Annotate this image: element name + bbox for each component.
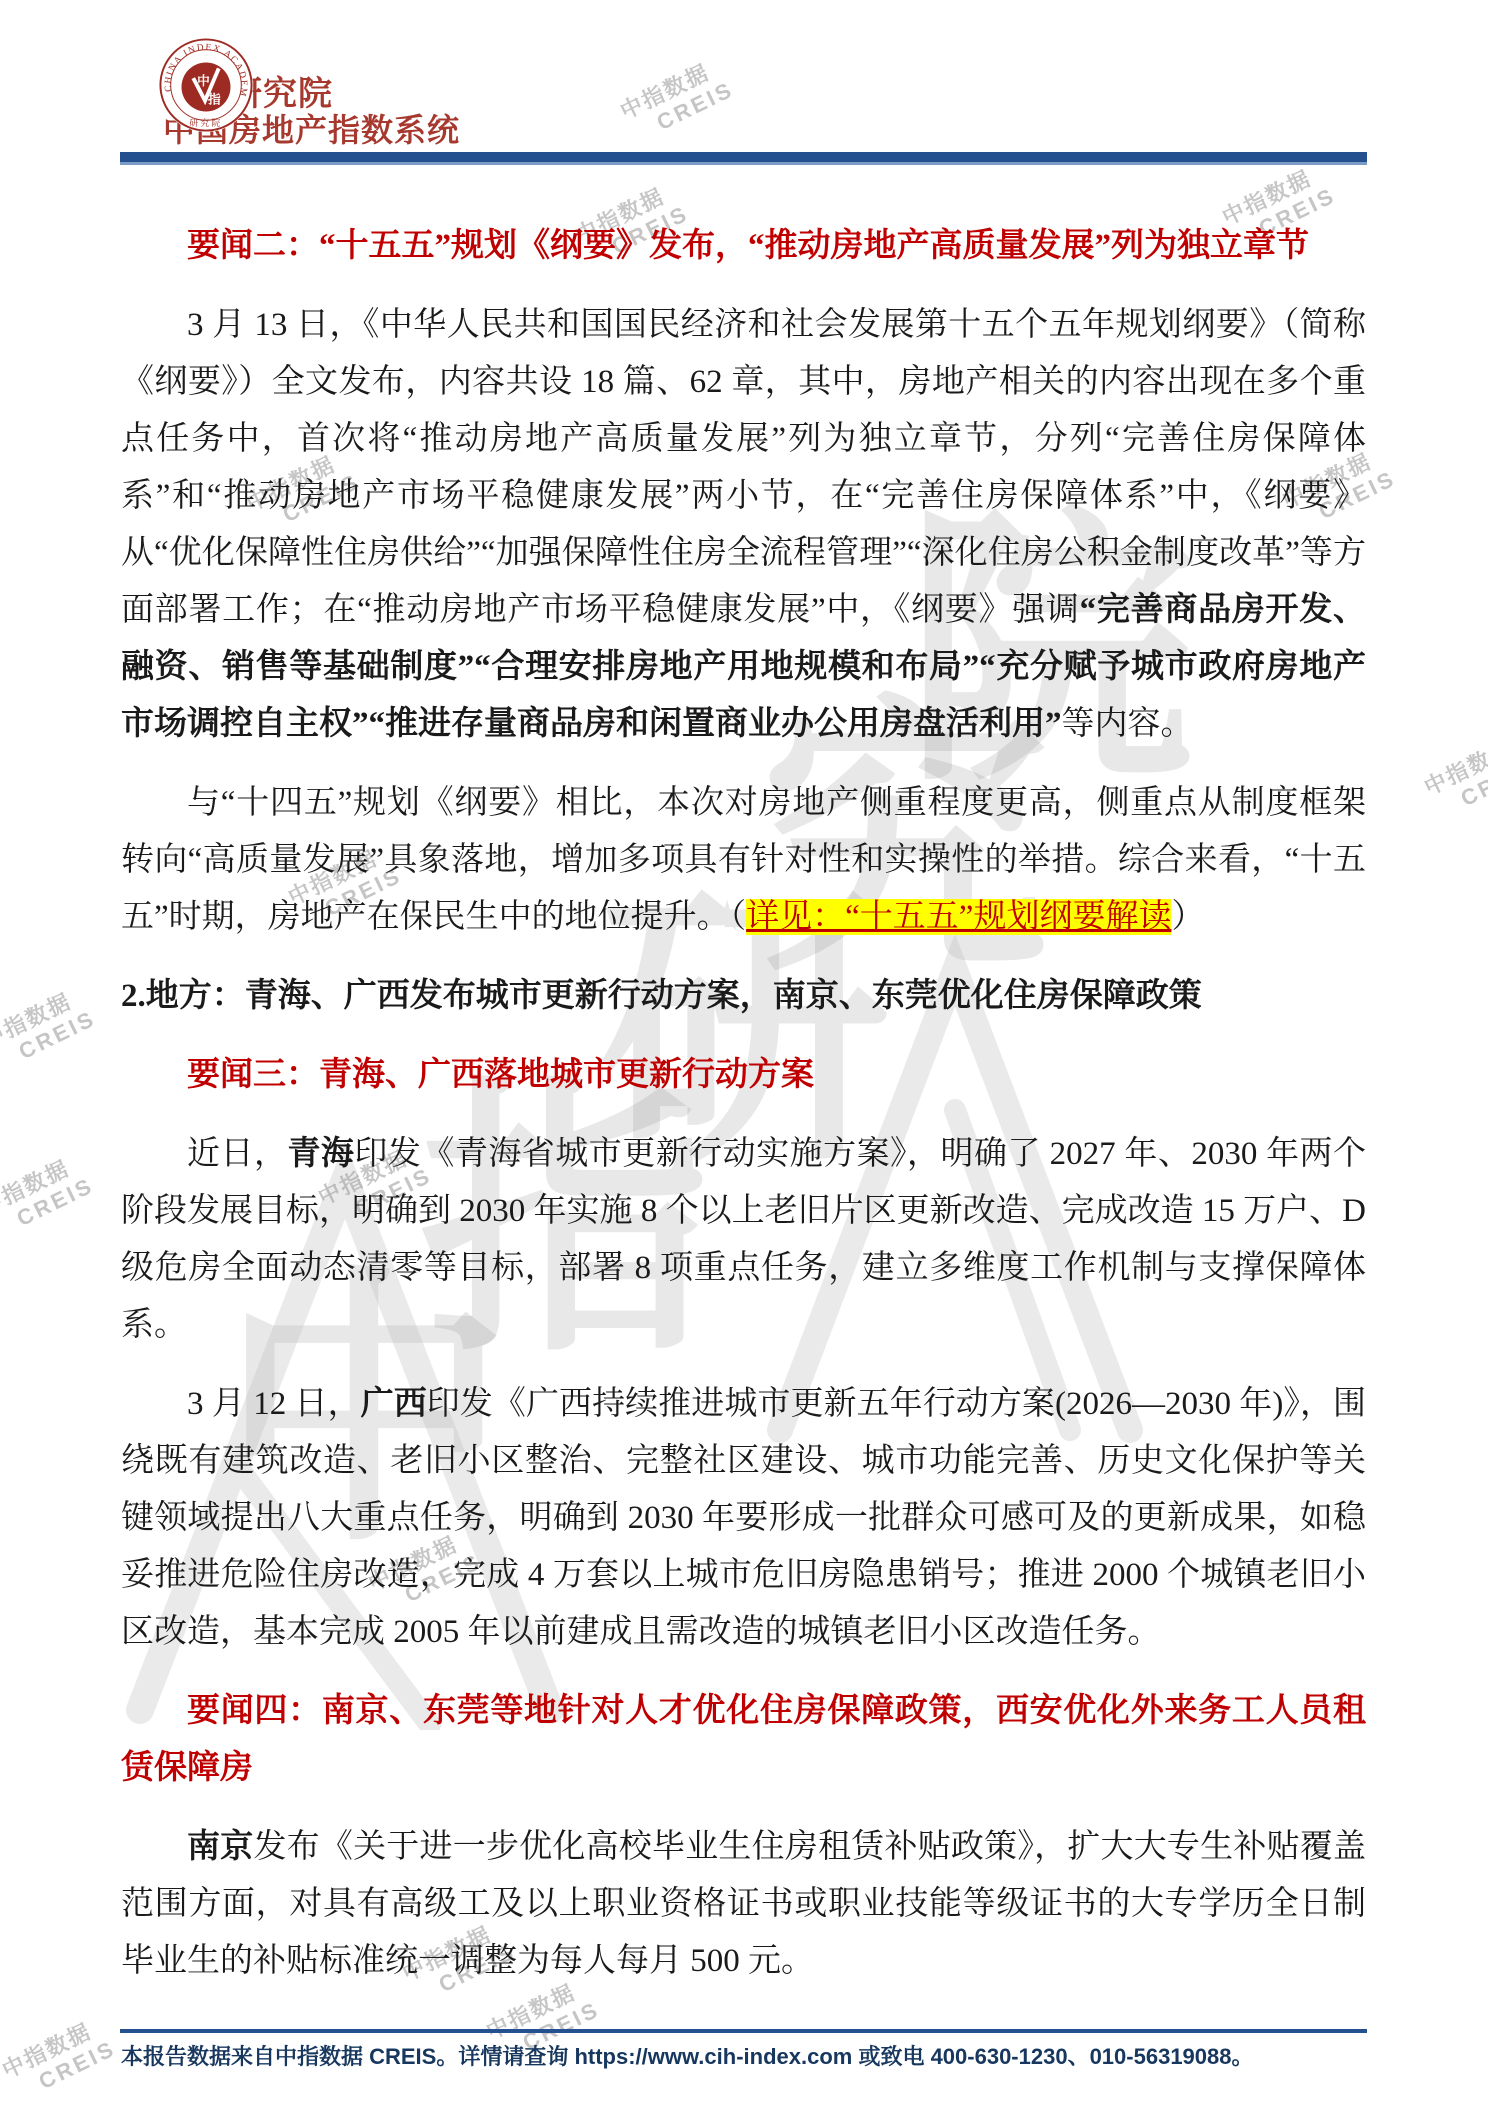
paragraph-text: 3 月 13 日，《中华人民共和国国民经济和社会发展第十五个五年规划纲要》（简称… [121,307,1366,628]
svg-text:中: 中 [197,73,210,88]
paragraph-comparison: 与“十四五”规划《纲要》相比，本次对房地产侧重程度更高，侧重点从制度框架转向“高… [121,775,1366,946]
highlighted-report-link[interactable]: 详见：“十五五”规划纲要解读 [746,899,1171,935]
creis-watermark-tag: 中指数据CREIS [0,1132,134,1244]
paragraph-text: 发布《关于进一步优化高校毕业生住房租赁补贴政策》，扩大大专生补贴覆盖范围方面，对… [121,1829,1366,1979]
footer-text-pre: 本报告数据来自中指数据 CREIS。详情请查询 [121,2044,574,2069]
paragraph-text: 近日， [187,1136,287,1172]
report-page: 中 指 研 究 院 中指数据CREIS 中指数据CREIS 中指数据CREIS … [0,0,1488,2104]
creis-watermark-tag: 中指数据CREIS [0,965,136,1077]
footer-url-link[interactable]: https://www.cih-index.com [574,2044,852,2069]
paragraph-text: 3 月 12 日， [187,1386,361,1422]
news-heading-3: 要闻三：青海、广西落地城市更新行动方案 [121,1047,1366,1104]
city-name-bold: 广西 [361,1386,427,1422]
document-body: 要闻二：“十五五”规划《纲要》发布，“推动房地产高质量发展”列为独立章节 3 月… [121,218,1366,1990]
footer-text-post: 或致电 400-630-1230、010-56319088。 [852,2044,1253,2069]
footer-note: 本报告数据来自中指数据 CREIS。详情请查询 https://www.cih-… [121,2042,1421,2072]
news-heading-2: 要闻二：“十五五”规划《纲要》发布，“推动房地产高质量发展”列为独立章节 [121,218,1366,275]
creis-watermark-tag: 中指数据CREIS [616,36,774,148]
paragraph-nanjing: 南京发布《关于进一步优化高校毕业生住房租赁补贴政策》，扩大大专生补贴覆盖范围方面… [121,1819,1366,1990]
news-heading-4: 要闻四：南京、东莞等地针对人才优化住房保障政策，西安优化外来务工人员租赁保障房 [121,1683,1366,1797]
creis-watermark-tag: 中指数据CREIS [1420,712,1488,824]
header-divider-line [120,152,1367,165]
section-heading-local: 2.地方：青海、广西发布城市更新行动方案，南京、东莞优化住房保障政策 [121,968,1366,1025]
svg-text:研 究 院: 研 究 院 [189,117,220,128]
paragraph-text: 印发《广西持续推进城市更新五年行动方案(2026—2030 年)》，围绕既有建筑… [121,1386,1366,1650]
city-name-bold: 青海 [287,1136,354,1172]
paragraph-text: ） [1171,899,1204,935]
svg-text:指: 指 [207,92,221,107]
paragraph-guangxi: 3 月 12 日，广西印发《广西持续推进城市更新五年行动方案(2026—2030… [121,1376,1366,1661]
city-name-bold: 南京 [187,1829,253,1865]
footer-divider-line [120,2029,1367,2033]
paragraph-text: 等内容。 [1062,706,1194,742]
paragraph-qinghai: 近日，青海印发《青海省城市更新行动实施方案》，明确了 2027 年、2030 年… [121,1126,1366,1354]
china-index-academy-logo-icon: CHINA INDEX ACADEMY 中 指 研 究 院 [157,36,255,134]
paragraph-outline-release: 3 月 13 日，《中华人民共和国国民经济和社会发展第十五个五年规划纲要》（简称… [121,297,1366,753]
